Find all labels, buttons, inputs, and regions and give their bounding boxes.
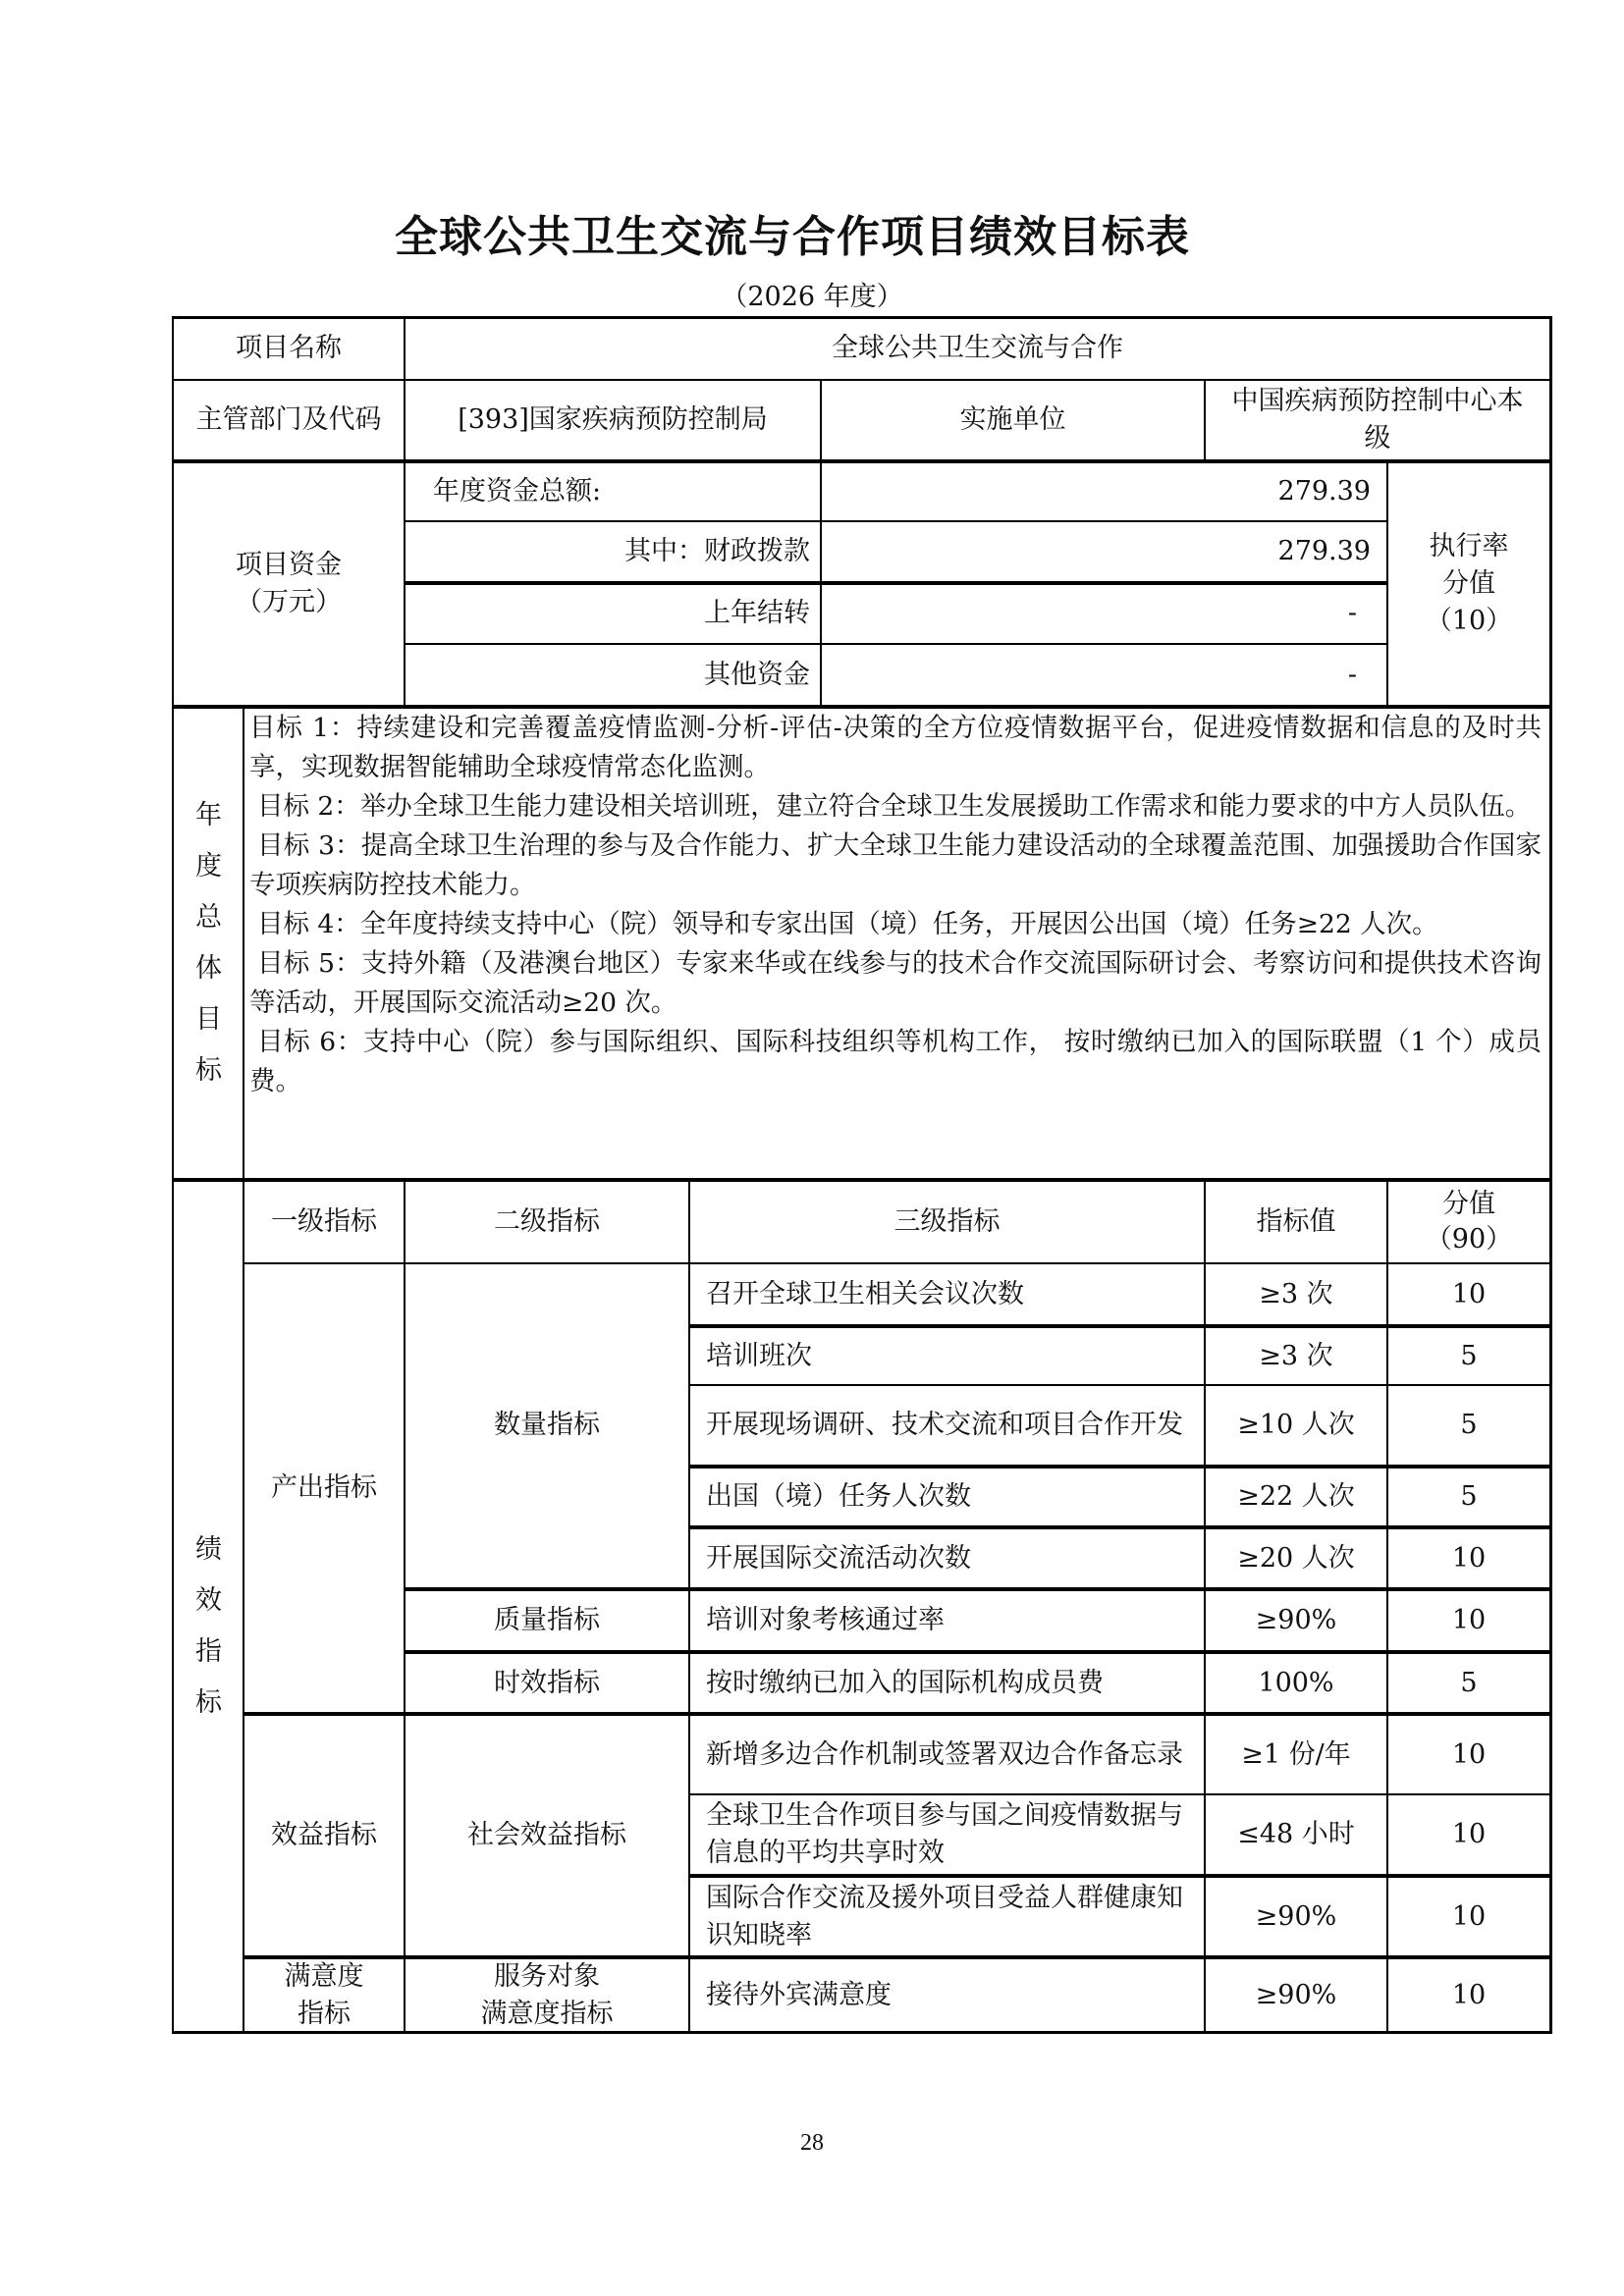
indicator-score: 10 bbox=[1388, 1591, 1549, 1650]
funds-carryover-value: - bbox=[822, 585, 1386, 642]
indicator-score: 10 bbox=[1388, 1959, 1549, 2031]
level3-name: 培训班次 bbox=[690, 1328, 1204, 1384]
goal-item: 目标 1：持续建设和完善覆盖疫情监测-分析-评估-决策的全方位疫情数据平台，促进… bbox=[249, 709, 1542, 787]
indicator-score: 10 bbox=[1388, 1795, 1549, 1874]
project-name-value: 全球公共卫生交流与合作 bbox=[406, 318, 1549, 379]
level1-output: 产出指标 bbox=[244, 1264, 404, 1712]
header-level1: 一级指标 bbox=[244, 1182, 404, 1262]
goal-item: 目标 5：支持外籍（及港澳台地区）专家来华或在线参与的技术合作交流国际研讨会、考… bbox=[249, 944, 1542, 1023]
indicators-label: 绩 效 指 标 bbox=[174, 1182, 244, 2031]
indicator-value: ≤48 小时 bbox=[1206, 1795, 1386, 1874]
header-value: 指标值 bbox=[1206, 1182, 1386, 1262]
exec-rate-score: 执行率 分值 （10） bbox=[1388, 463, 1549, 705]
indicator-value: ≥3 次 bbox=[1206, 1328, 1386, 1384]
dept-value: [393]国家疾病预防控制局 bbox=[406, 381, 820, 459]
header-level2: 二级指标 bbox=[406, 1182, 688, 1262]
project-name-label: 项目名称 bbox=[174, 318, 404, 379]
page-title: 全球公共卫生交流与合作项目绩效目标表 bbox=[0, 201, 1624, 264]
indicator-value: ≥3 次 bbox=[1206, 1264, 1386, 1324]
indicator-score: 10 bbox=[1388, 1264, 1549, 1324]
indicator-value: 100% bbox=[1206, 1654, 1386, 1712]
level3-name: 全球卫生合作项目参与国之间疫情数据与信息的平均共享时效 bbox=[690, 1795, 1204, 1874]
impl-label: 实施单位 bbox=[822, 381, 1204, 459]
impl-value: 中国疾病预防控制中心本级 bbox=[1206, 381, 1549, 459]
indicator-value: ≥22 人次 bbox=[1206, 1468, 1386, 1525]
header-level3: 三级指标 bbox=[690, 1182, 1204, 1262]
funds-other-label: 其他资金 bbox=[406, 645, 820, 705]
goal-item: 目标 2：举办全球卫生能力建设相关培训班，建立符合全球卫生发展援助工作需求和能力… bbox=[249, 787, 1542, 827]
indicator-score: 5 bbox=[1388, 1468, 1549, 1525]
level3-name: 召开全球卫生相关会议次数 bbox=[690, 1264, 1204, 1324]
level3-name: 开展现场调研、技术交流和项目合作开发 bbox=[690, 1386, 1204, 1465]
level1-satisfaction: 满意度 指标 bbox=[244, 1959, 404, 2031]
funds-total-label: 年度资金总额: bbox=[406, 463, 820, 520]
indicator-score: 10 bbox=[1388, 1878, 1549, 1955]
level2-service-satisfaction: 服务对象 满意度指标 bbox=[406, 1959, 688, 2031]
indicator-score: 5 bbox=[1388, 1654, 1549, 1712]
funds-other-value: - bbox=[822, 645, 1386, 705]
goals-text: 目标 1：持续建设和完善覆盖疫情监测-分析-评估-决策的全方位疫情数据平台，促进… bbox=[249, 709, 1542, 1101]
indicator-value: ≥1 份/年 bbox=[1206, 1716, 1386, 1793]
indicator-value: ≥90% bbox=[1206, 1878, 1386, 1955]
level1-benefit: 效益指标 bbox=[244, 1716, 404, 1955]
level3-name: 按时缴纳已加入的国际机构成员费 bbox=[690, 1654, 1204, 1712]
level3-name: 新增多边合作机制或签署双边合作备忘录 bbox=[690, 1716, 1204, 1793]
indicator-score: 10 bbox=[1388, 1529, 1549, 1587]
level2-quantity: 数量指标 bbox=[406, 1264, 688, 1586]
dept-label: 主管部门及代码 bbox=[174, 381, 404, 459]
goals-label: 年 度 总 体 目 标 bbox=[174, 709, 244, 1178]
funds-fiscal-value: 279.39 bbox=[822, 522, 1386, 581]
indicator-score: 10 bbox=[1388, 1716, 1549, 1793]
funds-total-value: 279.39 bbox=[822, 463, 1386, 520]
header-score: 分值 （90） bbox=[1388, 1182, 1549, 1262]
level2-timeliness: 时效指标 bbox=[406, 1654, 688, 1712]
table-border bbox=[173, 2031, 1552, 2034]
level3-name: 出国（境）任务人次数 bbox=[690, 1468, 1204, 1525]
level2-quality: 质量指标 bbox=[406, 1591, 688, 1650]
indicator-score: 5 bbox=[1388, 1328, 1549, 1384]
level3-name: 国际合作交流及援外项目受益人群健康知识知晓率 bbox=[690, 1878, 1204, 1955]
goal-item: 目标 3：提高全球卫生治理的参与及合作能力、扩大全球卫生能力建设活动的全球覆盖范… bbox=[249, 827, 1542, 905]
indicator-value: ≥10 人次 bbox=[1206, 1386, 1386, 1465]
page-subtitle: （2026 年度） bbox=[0, 275, 1624, 313]
funds-label: 项目资金 （万元） bbox=[174, 463, 404, 705]
level3-name: 培训对象考核通过率 bbox=[690, 1591, 1204, 1650]
table-border bbox=[1549, 316, 1552, 2034]
indicator-value: ≥20 人次 bbox=[1206, 1529, 1386, 1587]
page-number: 28 bbox=[0, 2130, 1624, 2157]
indicator-value: ≥90% bbox=[1206, 1959, 1386, 2031]
level2-social: 社会效益指标 bbox=[406, 1716, 688, 1955]
indicator-score: 5 bbox=[1388, 1386, 1549, 1465]
funds-fiscal-label: 其中：财政拨款 bbox=[406, 522, 820, 581]
level3-name: 开展国际交流活动次数 bbox=[690, 1529, 1204, 1587]
funds-carryover-label: 上年结转 bbox=[406, 585, 820, 642]
indicator-value: ≥90% bbox=[1206, 1591, 1386, 1650]
goal-item: 目标 4：全年度持续支持中心（院）领导和专家出国（境）任务，开展因公出国（境）任… bbox=[249, 905, 1542, 944]
level3-name: 接待外宾满意度 bbox=[690, 1959, 1204, 2031]
goal-item: 目标 6：支持中心（院）参与国际组织、国际科技组织等机构工作， 按时缴纳已加入的… bbox=[249, 1023, 1542, 1101]
